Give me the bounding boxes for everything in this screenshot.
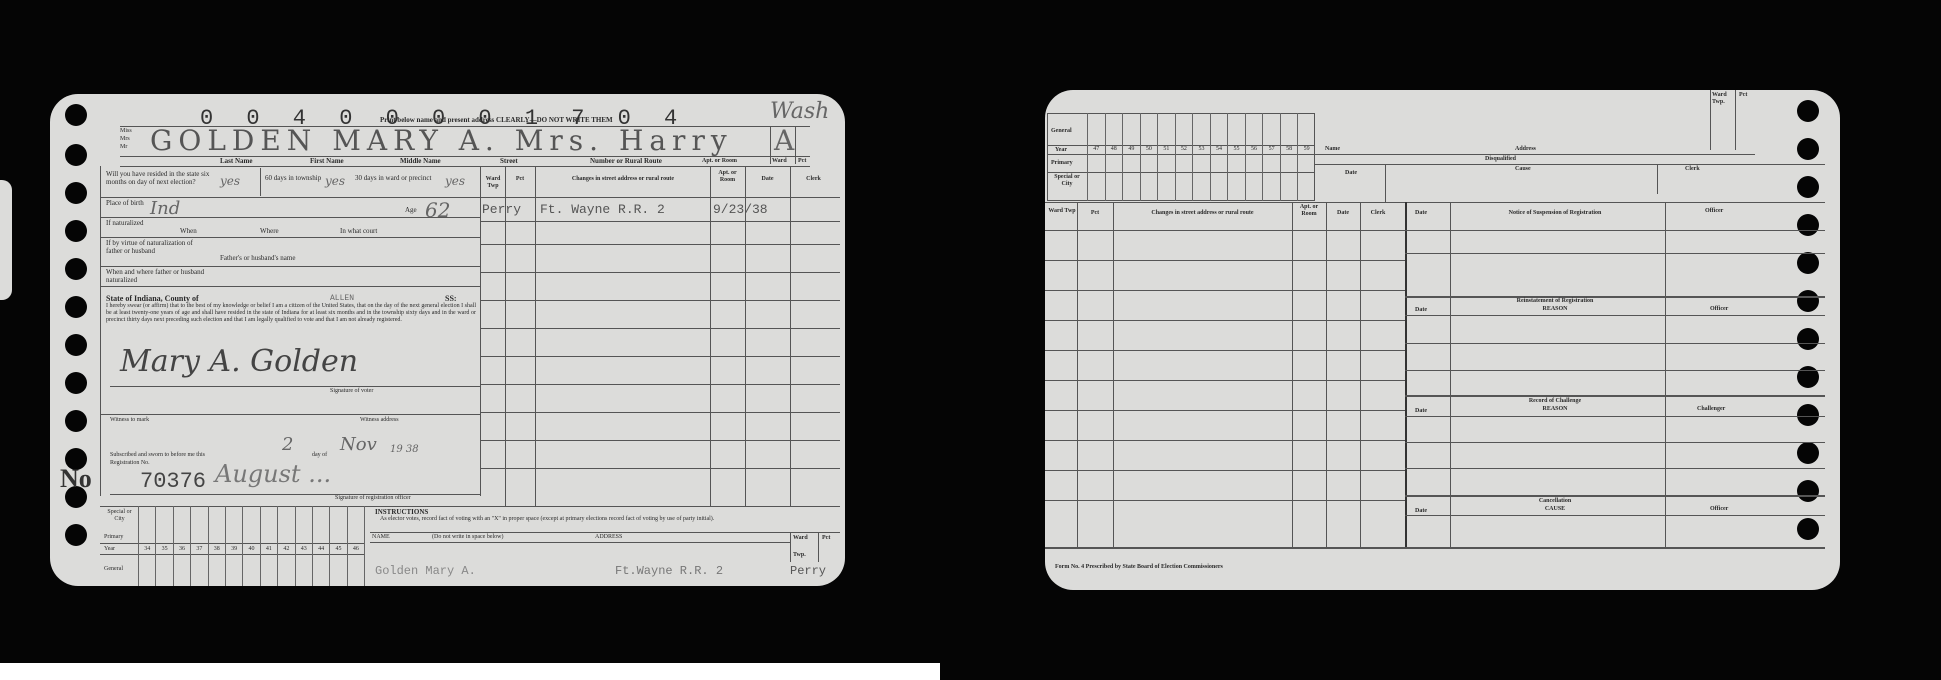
punch-hole	[65, 258, 87, 280]
officer-label: Signature of registration officer	[335, 495, 411, 502]
cancellation-officer: Officer	[1710, 506, 1728, 513]
year-cell: 46	[347, 506, 365, 586]
ward-residence-answer: yes	[445, 174, 465, 188]
bottom-typed-address: Ft.Wayne R.R. 2	[615, 564, 723, 578]
year-cell: 37	[190, 506, 207, 586]
label-disqualified: Disqualified	[1485, 156, 1516, 163]
year-cell: 55	[1227, 113, 1245, 201]
officer-signature: August ...	[215, 460, 331, 488]
punch-hole	[1797, 138, 1819, 160]
instructions-title: INSTRUCTIONS	[375, 508, 428, 516]
place-of-birth-value: Ind	[150, 198, 180, 219]
back-changes-date: Date	[1327, 210, 1359, 217]
changes-header-pct: Pct	[506, 176, 534, 183]
punch-hole	[65, 144, 87, 166]
suspension-date: Date	[1415, 210, 1427, 217]
residence-question: Will you have resided in the state six m…	[106, 170, 216, 186]
voting-grid-years: 34 35 36 37 38 39 40 41 42 43 44 45 46	[138, 506, 365, 586]
witness-address-label: Witness address	[360, 417, 399, 424]
header-instruction: Print below name and present address CLE…	[380, 116, 740, 124]
back-changes-apt: Apt. or Room	[1293, 204, 1325, 218]
year-cell: 44	[312, 506, 329, 586]
year-cell: 38	[208, 506, 225, 586]
year-cell: 45	[329, 506, 346, 586]
township-answer: yes	[325, 174, 345, 188]
bottom-typed-name: Golden Mary A.	[375, 564, 476, 578]
suspension-title: Notice of Suspension of Registration	[1450, 210, 1660, 217]
row-address: Ft. Wayne R.R. 2	[540, 202, 665, 217]
year-cell: 43	[295, 506, 312, 586]
bottom-note: (Do not write in space below)	[432, 534, 503, 541]
cancellation-cause: CAUSE	[1450, 506, 1660, 513]
label-first-name: First Name	[310, 157, 344, 165]
year-cell: 35	[155, 506, 172, 586]
sworn-day: 2	[282, 434, 293, 455]
year-cell: 53	[1192, 113, 1210, 201]
changes-header-date: Date	[746, 176, 789, 183]
changes-header-ward: Ward Twp	[482, 176, 504, 190]
grid-label-primary: Primary	[1051, 160, 1073, 167]
age-label: Age	[405, 206, 417, 214]
back-changes-ward: Ward Twp	[1047, 208, 1077, 215]
naturalized-when: When	[180, 227, 197, 235]
county-value: ALLEN	[330, 294, 354, 303]
punch-hole	[1797, 442, 1819, 464]
challenge-challenger: Challenger	[1697, 406, 1725, 413]
punch-hole	[1797, 404, 1819, 426]
year-cell: 42	[277, 506, 294, 586]
reinstatement-date: Date	[1415, 307, 1427, 314]
label-pct: Pct	[798, 158, 806, 165]
label-last-name: Last Name	[220, 157, 252, 165]
father-name-label: Father's or husband's name	[220, 254, 295, 262]
label-ward: Ward	[772, 158, 787, 165]
bottom-address-header: ADDRESS	[595, 534, 622, 541]
voting-grid-years-back: 47 48 49 50 51 52 53 54 55 56 57 58 59	[1087, 113, 1315, 201]
title-miss: Miss	[120, 128, 132, 135]
registration-label: Registration No.	[110, 460, 150, 467]
year-cell: 58	[1280, 113, 1298, 201]
punch-hole	[65, 372, 87, 394]
changes-header-clerk: Clerk	[791, 176, 836, 183]
punch-hole	[1797, 290, 1819, 312]
punch-hole	[65, 182, 87, 204]
voter-signature: Mary A. Golden	[120, 344, 358, 379]
adjacent-card-edge	[0, 180, 12, 300]
place-of-birth-label: Place of birth	[106, 199, 146, 207]
label-number: Number or Rural Route	[590, 157, 662, 165]
punch-hole	[1797, 518, 1819, 540]
oath-heading: State of Indiana, County of	[106, 294, 199, 303]
label-pct: Pct	[1739, 92, 1747, 99]
punch-hole	[65, 220, 87, 242]
changes-header-apt: Apt. or Room	[711, 170, 744, 184]
row-date: 9/23/38	[713, 202, 768, 217]
grid-label-year: Year	[104, 546, 115, 553]
suspension-officer: Officer	[1705, 208, 1723, 215]
bottom-pct-header: Pct	[822, 535, 830, 542]
bottom-ward-header: Ward	[793, 535, 808, 542]
punch-hole	[1797, 100, 1819, 122]
label-name: Name	[1325, 146, 1340, 153]
back-changes-clerk: Clerk	[1361, 210, 1395, 217]
year-cell: 34	[138, 506, 155, 586]
punch-hole	[65, 104, 87, 126]
label-ward-twp: Ward Twp.	[1712, 92, 1734, 106]
grid-label-general: General	[104, 566, 123, 573]
naturalized-label: If naturalized	[106, 219, 156, 227]
punch-hole	[65, 296, 87, 318]
year-cell: 48	[1105, 113, 1123, 201]
sworn-year: 19 38	[390, 444, 419, 455]
ward-pct-value: A	[774, 124, 794, 157]
challenge-date: Date	[1415, 408, 1427, 415]
punch-hole	[1797, 214, 1819, 236]
bottom-twp-header: Twp.	[793, 552, 806, 559]
naturalized-where: Where	[260, 227, 279, 235]
form-footer: Form No. 4 Prescribed by State Board of …	[1055, 564, 1223, 571]
title-mrs: Mrs	[120, 136, 130, 143]
year-cell: 36	[173, 506, 190, 586]
father-naturalization-label: If by virtue of naturalization of father…	[106, 239, 196, 255]
oath-ss: SS:	[445, 294, 457, 303]
signature-label: Signature of voter	[330, 388, 373, 395]
year-cell: 51	[1157, 113, 1175, 201]
oath-text: I hereby swear (or affirm) that to the b…	[106, 303, 476, 324]
year-cell: 52	[1175, 113, 1193, 201]
township-label: 60 days in township	[265, 174, 325, 182]
residence-answer: yes	[220, 174, 240, 188]
grid-label-special: Special or City	[1049, 174, 1085, 188]
cancellation-title: Cancellation	[1450, 498, 1660, 505]
label-address: Address	[1515, 146, 1536, 153]
challenge-title: Record of Challenge	[1450, 398, 1660, 405]
year-cell: 47	[1087, 113, 1105, 201]
grid-label-year: Year	[1055, 147, 1067, 154]
when-where-label: When and where father or husband natural…	[106, 268, 206, 284]
punch-hole	[65, 410, 87, 432]
label-middle-name: Middle Name	[400, 157, 441, 165]
year-cell: 54	[1210, 113, 1228, 201]
label-cause: Cause	[1515, 166, 1531, 173]
back-changes-address: Changes in street address or rural route	[1115, 210, 1290, 217]
cancellation-date: Date	[1415, 508, 1427, 515]
year-cell: 49	[1122, 113, 1140, 201]
name-handwritten: GOLDEN MARY A. Mrs. Harry	[150, 124, 733, 157]
reinstatement-title: Reinstatement of Registration	[1450, 298, 1660, 305]
grid-label-general: General	[1051, 128, 1072, 135]
year-cell: 50	[1140, 113, 1158, 201]
label-date: Date	[1345, 170, 1357, 177]
sworn-label: Subscribed and sworn to before me this	[110, 452, 205, 459]
label-street: Street	[500, 157, 518, 165]
registration-card-back: General Year Primary Special or City 47 …	[1045, 90, 1840, 590]
year-cell: 57	[1262, 113, 1280, 201]
punch-hole	[1797, 480, 1819, 502]
sworn-month: Nov	[340, 434, 377, 455]
registration-number: 70376	[140, 469, 206, 494]
blank-strip	[0, 663, 940, 680]
registration-card-front: 0 0 4 0 0 0 0 1 7 0 4 Print below name a…	[50, 94, 845, 586]
reinstatement-reason: REASON	[1450, 306, 1660, 313]
back-changes-pct: Pct	[1078, 210, 1112, 217]
ward-residence-label: 30 days in ward or precinct	[355, 174, 435, 182]
punch-hole	[65, 334, 87, 356]
year-cell: 59	[1297, 113, 1315, 201]
year-cell: 40	[242, 506, 259, 586]
corner-note: Wash	[770, 99, 829, 124]
punch-hole	[1797, 176, 1819, 198]
no-symbol: No	[60, 464, 92, 494]
grid-label-special: Special or City	[102, 509, 137, 523]
bottom-name-header: NAME	[372, 534, 390, 541]
naturalized-court: In what court	[340, 227, 377, 235]
bottom-typed-ward: Perry	[790, 564, 826, 578]
year-cell: 39	[225, 506, 242, 586]
punch-hole	[65, 524, 87, 546]
year-cell: 56	[1245, 113, 1263, 201]
grid-label-primary: Primary	[104, 534, 123, 541]
age-value: 62	[425, 198, 450, 222]
reinstatement-officer: Officer	[1710, 306, 1728, 313]
sworn-day-of: day of	[312, 452, 327, 459]
year-cell: 41	[260, 506, 277, 586]
label-apt: Apt. or Room	[702, 158, 737, 165]
challenge-reason: REASON	[1450, 406, 1660, 413]
punch-hole	[1797, 252, 1819, 274]
title-mr: Mr	[120, 144, 127, 151]
witness-label: Witness to mark	[110, 417, 149, 424]
label-clerk: Clerk	[1685, 166, 1700, 173]
instructions-text: As elector votes, record fact of voting …	[380, 516, 830, 523]
changes-header-address: Changes in street address or rural route	[538, 176, 708, 183]
punch-hole	[1797, 328, 1819, 350]
row-ward: Perry	[482, 202, 521, 217]
